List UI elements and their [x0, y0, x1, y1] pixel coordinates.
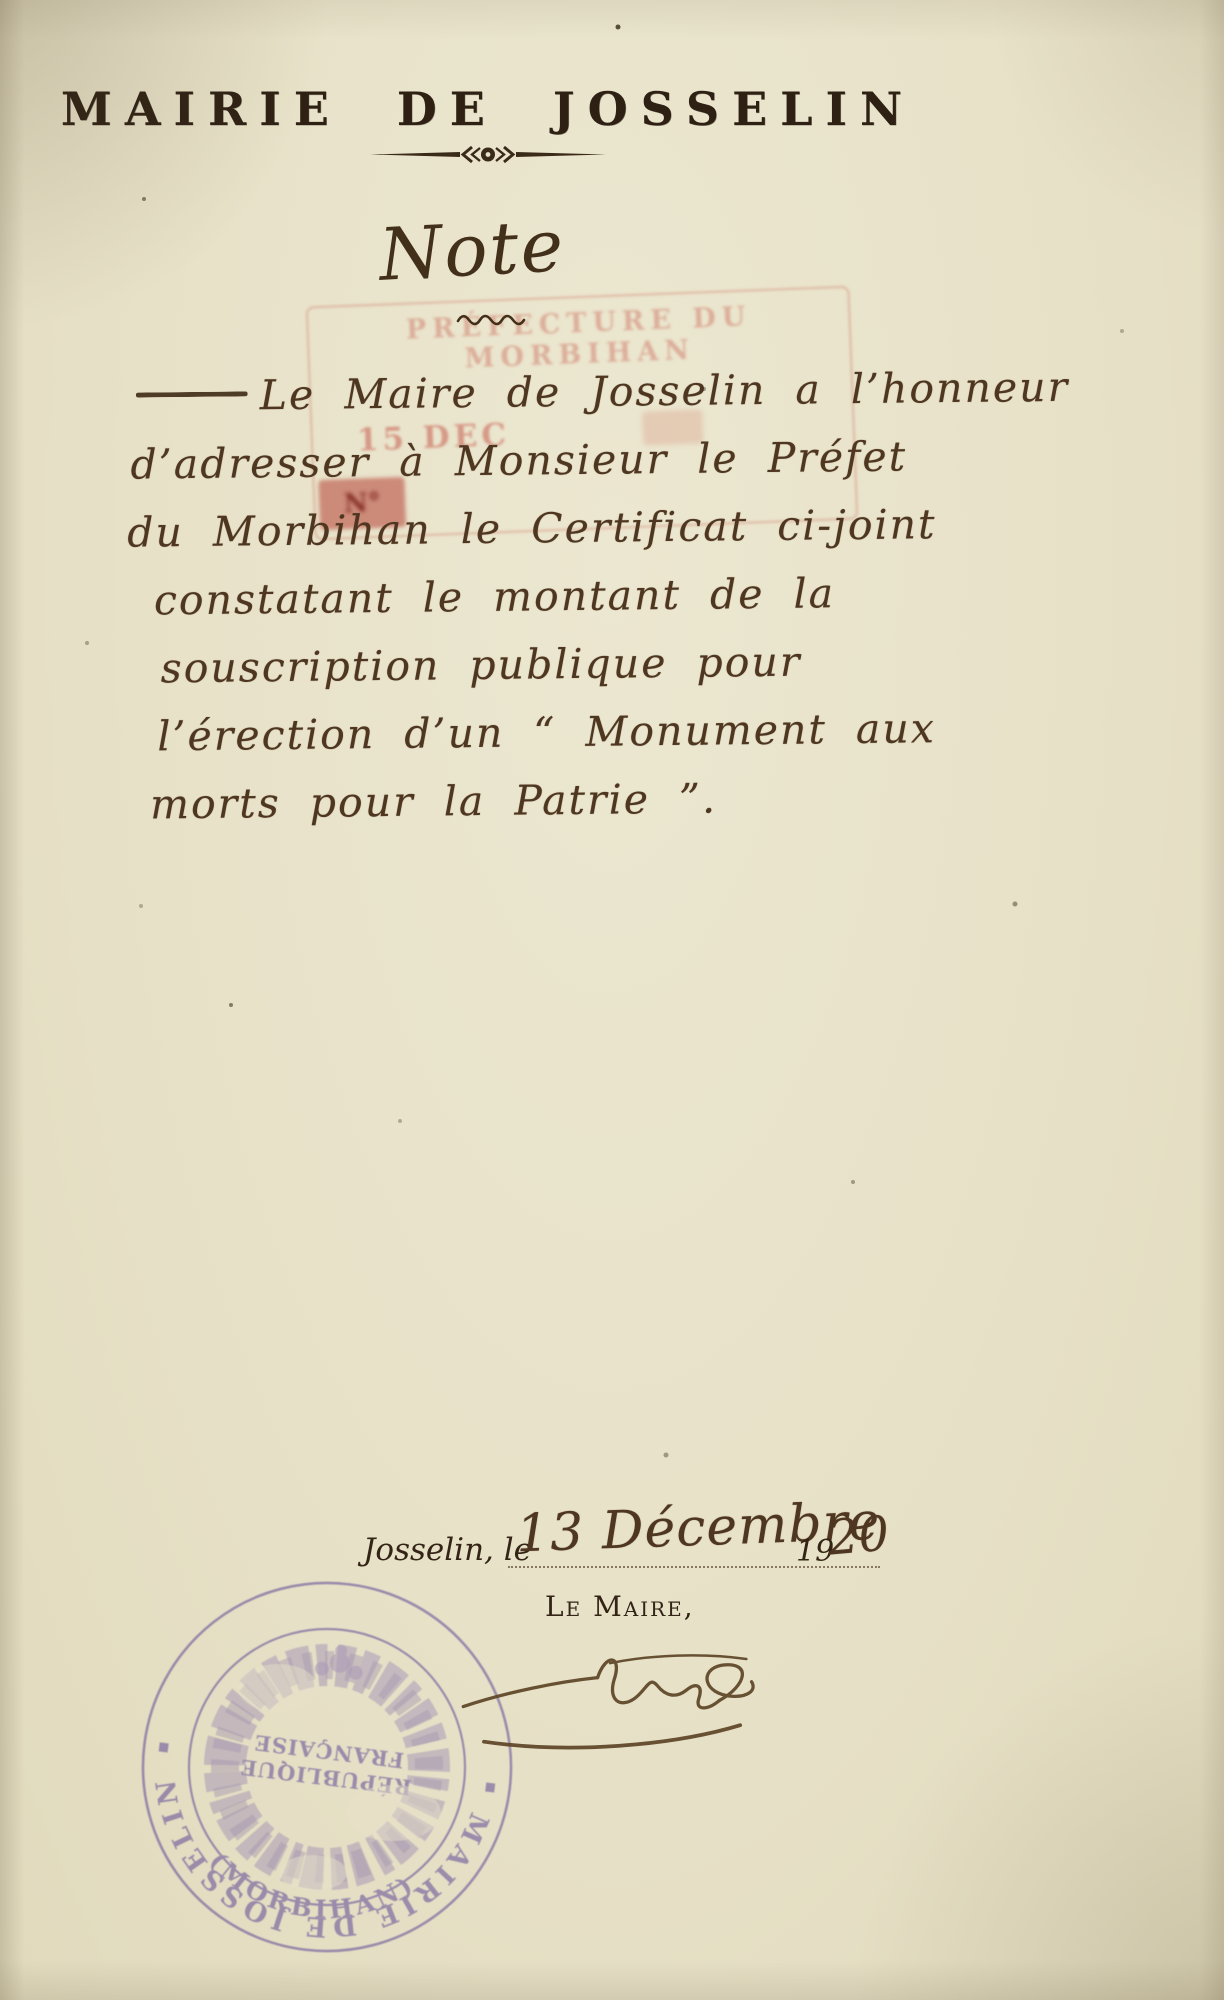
hand-line: constatant le montant de la	[128, 567, 1019, 644]
dateline-handwritten-year: 20	[826, 1505, 892, 1566]
mayor-signature	[455, 1642, 765, 1767]
document-page: MAIRIE DE JOSSELIN PRÉFECTURE DU MORBIHA…	[0, 0, 1224, 2000]
divider-ornament-icon	[368, 143, 608, 165]
municipal-seal: MAIRIE DE JOSSELIN (MORBIHAN) RÉPUBLIQUE…	[128, 1568, 526, 1966]
handwritten-body: Le Maire de Josselin a l’honneur d’adres…	[126, 363, 1021, 848]
hand-line: d’adresser à Monsieur le Préfet	[126, 431, 1017, 508]
hand-line: l’érection d’un “ Monument aux	[129, 703, 1020, 780]
note-underline-squiggle	[456, 312, 532, 326]
hand-line: Le Maire de Josselin a l’honneur	[126, 363, 1017, 440]
dateline-place-label: Josselin, le	[363, 1532, 532, 1568]
hand-line: souscription publique pour	[128, 635, 1019, 712]
paper-speckles	[0, 0, 2, 2]
hand-line: du Morbihan le Certificat ci-joint	[127, 499, 1018, 576]
letterhead-title: MAIRIE DE JOSSELIN	[48, 82, 928, 136]
signer-title-label: Le Maire,	[545, 1590, 695, 1623]
note-heading: Note	[320, 200, 624, 300]
hand-line: morts pour la Patrie ”.	[130, 771, 1021, 848]
